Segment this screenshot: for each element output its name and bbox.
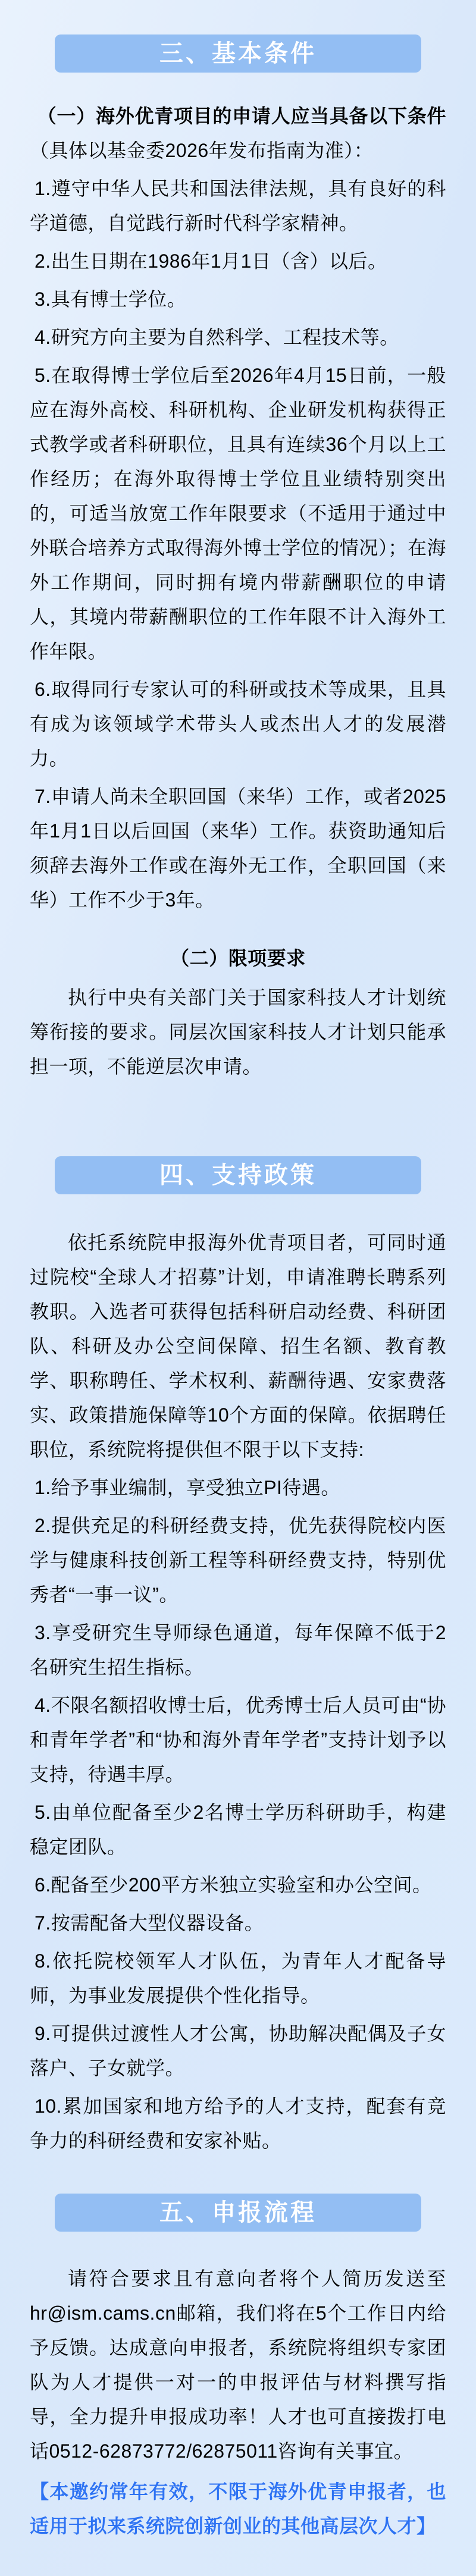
section-apply-header: 五、申报流程 xyxy=(55,2194,421,2232)
basic-item-6: 6.取得同行专家认可的科研或技术等成果，且具有成为该领域学术带头人或杰出人才的发… xyxy=(30,672,446,776)
article-page: 三、基本条件 （一）海外优青项目的申请人应当具备以下条件（具体以基金委2026年… xyxy=(0,0,476,2543)
support-item-4: 4.不限名额招收博士后，优秀博士后人员可由“协和青年学者”和“协和海外青年学者”… xyxy=(30,1688,446,1791)
section-apply-content: 请符合要求且有意向者将个人简历发送至hr@ism.cams.cn邮箱，我们将在5… xyxy=(30,2261,446,2543)
support-item-1: 1.给予事业编制，享受独立PI待遇。 xyxy=(30,1470,446,1505)
restriction-text: 执行中央有关部门关于国家科技人才计划统筹衔接的要求。同层次国家科技人才计划只能承… xyxy=(30,980,446,1084)
support-item-2: 2.提供充足的科研经费支持，优先获得院校内医学与健康科技创新工程等科研经费支持，… xyxy=(30,1508,446,1612)
section-basic-header: 三、基本条件 xyxy=(55,34,421,73)
section-support-content: 依托系统院申报海外优青项目者，可同时通过院校“全球人才招募”计划，申请准聘长聘系… xyxy=(30,1225,446,2158)
basic-item-1: 1.遵守中华人民共和国法律法规，具有良好的科学道德，自觉践行新时代科学家精神。 xyxy=(30,171,446,240)
support-item-3: 3.享受研究生导师绿色通道，每年保障不低于2名研究生招生指标。 xyxy=(30,1615,446,1684)
support-item-6: 6.配备至少200平方米独立实验室和办公空间。 xyxy=(30,1868,446,1902)
section-basic-content: （一）海外优青项目的申请人应当具备以下条件（具体以基金委2026年发布指南为准）… xyxy=(30,99,446,1084)
support-item-7: 7.按需配备大型仪器设备。 xyxy=(30,1906,446,1940)
basic-item-2: 2.出生日期在1986年1月1日（含）以后。 xyxy=(30,244,446,278)
support-item-9: 9.可提供过渡性人才公寓，协助解决配偶及子女落户、子女就学。 xyxy=(30,2016,446,2085)
restriction-title: （二）限项要求 xyxy=(30,941,446,975)
basic-item-3: 3.具有博士学位。 xyxy=(30,282,446,316)
validity-note: 【本邀约常年有效，不限于海外优青申报者，也适用于拟来系统院创新创业的其他高层次人… xyxy=(30,2474,446,2543)
basic-conditions-title: （一）海外优青项目的申请人应当具备以下条件（具体以基金委2026年发布指南为准）… xyxy=(30,99,446,168)
support-item-8: 8.依托院校领军人才队伍，为青年人才配备导师，为事业发展提供个性化指导。 xyxy=(30,1944,446,2013)
basic-item-4: 4.研究方向主要为自然科学、工程技术等。 xyxy=(30,320,446,354)
support-intro: 依托系统院申报海外优青项目者，可同时通过院校“全球人才招募”计划，申请准聘长聘系… xyxy=(30,1225,446,1467)
section-support-header: 四、支持政策 xyxy=(55,1156,421,1194)
basic-conditions-title-bold: （一）海外优青项目的申请人应当具备以下条件 xyxy=(37,105,446,127)
support-item-5: 5.由单位配备至少2名博士学历科研助手，构建稳定团队。 xyxy=(30,1795,446,1864)
basic-conditions-title-note: （具体以基金委2026年发布指南为准）： xyxy=(30,140,373,161)
support-item-10: 10.累加国家和地方给予的人才支持，配套有竞争力的科研经费和安家补贴。 xyxy=(30,2089,446,2158)
basic-item-7: 7.申请人尚未全职回国（来华）工作，或者2025年1月1日以后回国（来华）工作。… xyxy=(30,779,446,917)
apply-body: 请符合要求且有意向者将个人简历发送至hr@ism.cams.cn邮箱，我们将在5… xyxy=(30,2261,446,2468)
basic-item-5: 5.在取得博士学位后至2026年4月15日前，一般应在海外高校、科研机构、企业研… xyxy=(30,358,446,669)
